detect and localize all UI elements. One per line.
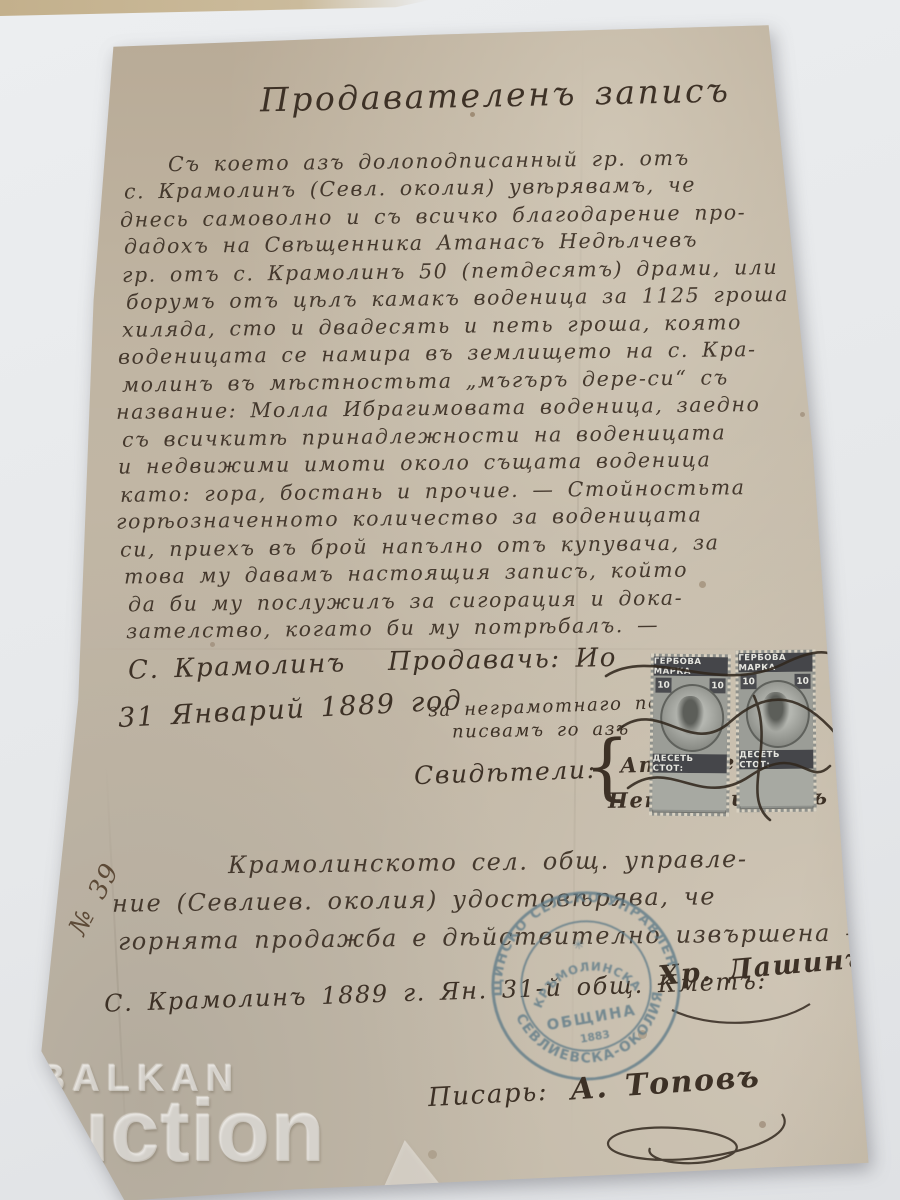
handwritten-line: и недвижими имоти около същата воденица	[118, 447, 712, 478]
handwritten-line: си, приехъ въ брой напълно отъ купувача,…	[120, 530, 720, 561]
handwritten-line: борумъ отъ цѣлъ камакъ воденица за 1125 …	[126, 282, 789, 314]
handwritten-line: дадохъ на Свѣщенника Атанасъ Недѣлчевъ	[124, 227, 698, 258]
seal-star-icon: ✳	[572, 937, 586, 955]
handwritten-line: с. Крамолинъ (Севл. околия) увѣрявамъ, ч…	[124, 173, 696, 204]
seal-year: 1883	[579, 1028, 611, 1046]
handwritten-line: това му давамъ настоящия записъ, който	[124, 558, 688, 589]
document-photo: Продавателенъ записъ Съ което азъ долопо…	[0, 0, 900, 1200]
handwritten-line: молинъ въ мѣстностьта „мъгъръ дере-си“ с…	[122, 365, 729, 396]
certification-line: Крамолинското сел. общ. управле-	[228, 845, 748, 879]
witnesses-label: Свидѣтели:	[414, 755, 598, 790]
handwritten-line: название: Молла Ибрагимовата воденица, з…	[116, 392, 761, 424]
handwritten-line: воденицата се намира въ землището на с. …	[118, 337, 757, 369]
handwritten-line: съ всичкитѣ принадлежности на воденицата	[122, 420, 727, 451]
seller-line: Продавачь: Ио	[388, 643, 618, 677]
signature-flourish	[566, 1104, 806, 1184]
handwritten-line: да би му послужилъ за сигорация и дока-	[128, 586, 683, 617]
handwritten-line: Съ което азъ долоподписанный гр. отъ	[168, 146, 690, 176]
document-title: Продавателенъ записъ	[260, 72, 681, 120]
paper-sheet: Продавателенъ записъ Съ което азъ долопо…	[0, 0, 900, 1200]
watermark-triangle-icon	[384, 1140, 451, 1200]
scribe-label: Писарь:	[427, 1077, 549, 1113]
handwritten-line: гр. отъ с. Крамолинъ 50 (петдесятъ) драм…	[122, 255, 779, 287]
closing-place: С. Крамолинъ	[128, 648, 347, 686]
handwritten-line: зателство, когато би му потрѣбалъ. —	[126, 613, 659, 644]
watermark-line-2: auction	[6, 1080, 326, 1182]
closing-date: 31 Январий 1889 год	[117, 685, 463, 734]
handwritten-line: хиляда, сто и двадесять и петь гроша, ко…	[122, 310, 742, 342]
paper-wrapper: Продавателенъ записъ Съ което азъ долопо…	[0, 0, 900, 1200]
ink-strokes-over-stamps	[598, 638, 858, 858]
handwritten-line: горѣозначенното количество за воденицата	[116, 502, 703, 533]
